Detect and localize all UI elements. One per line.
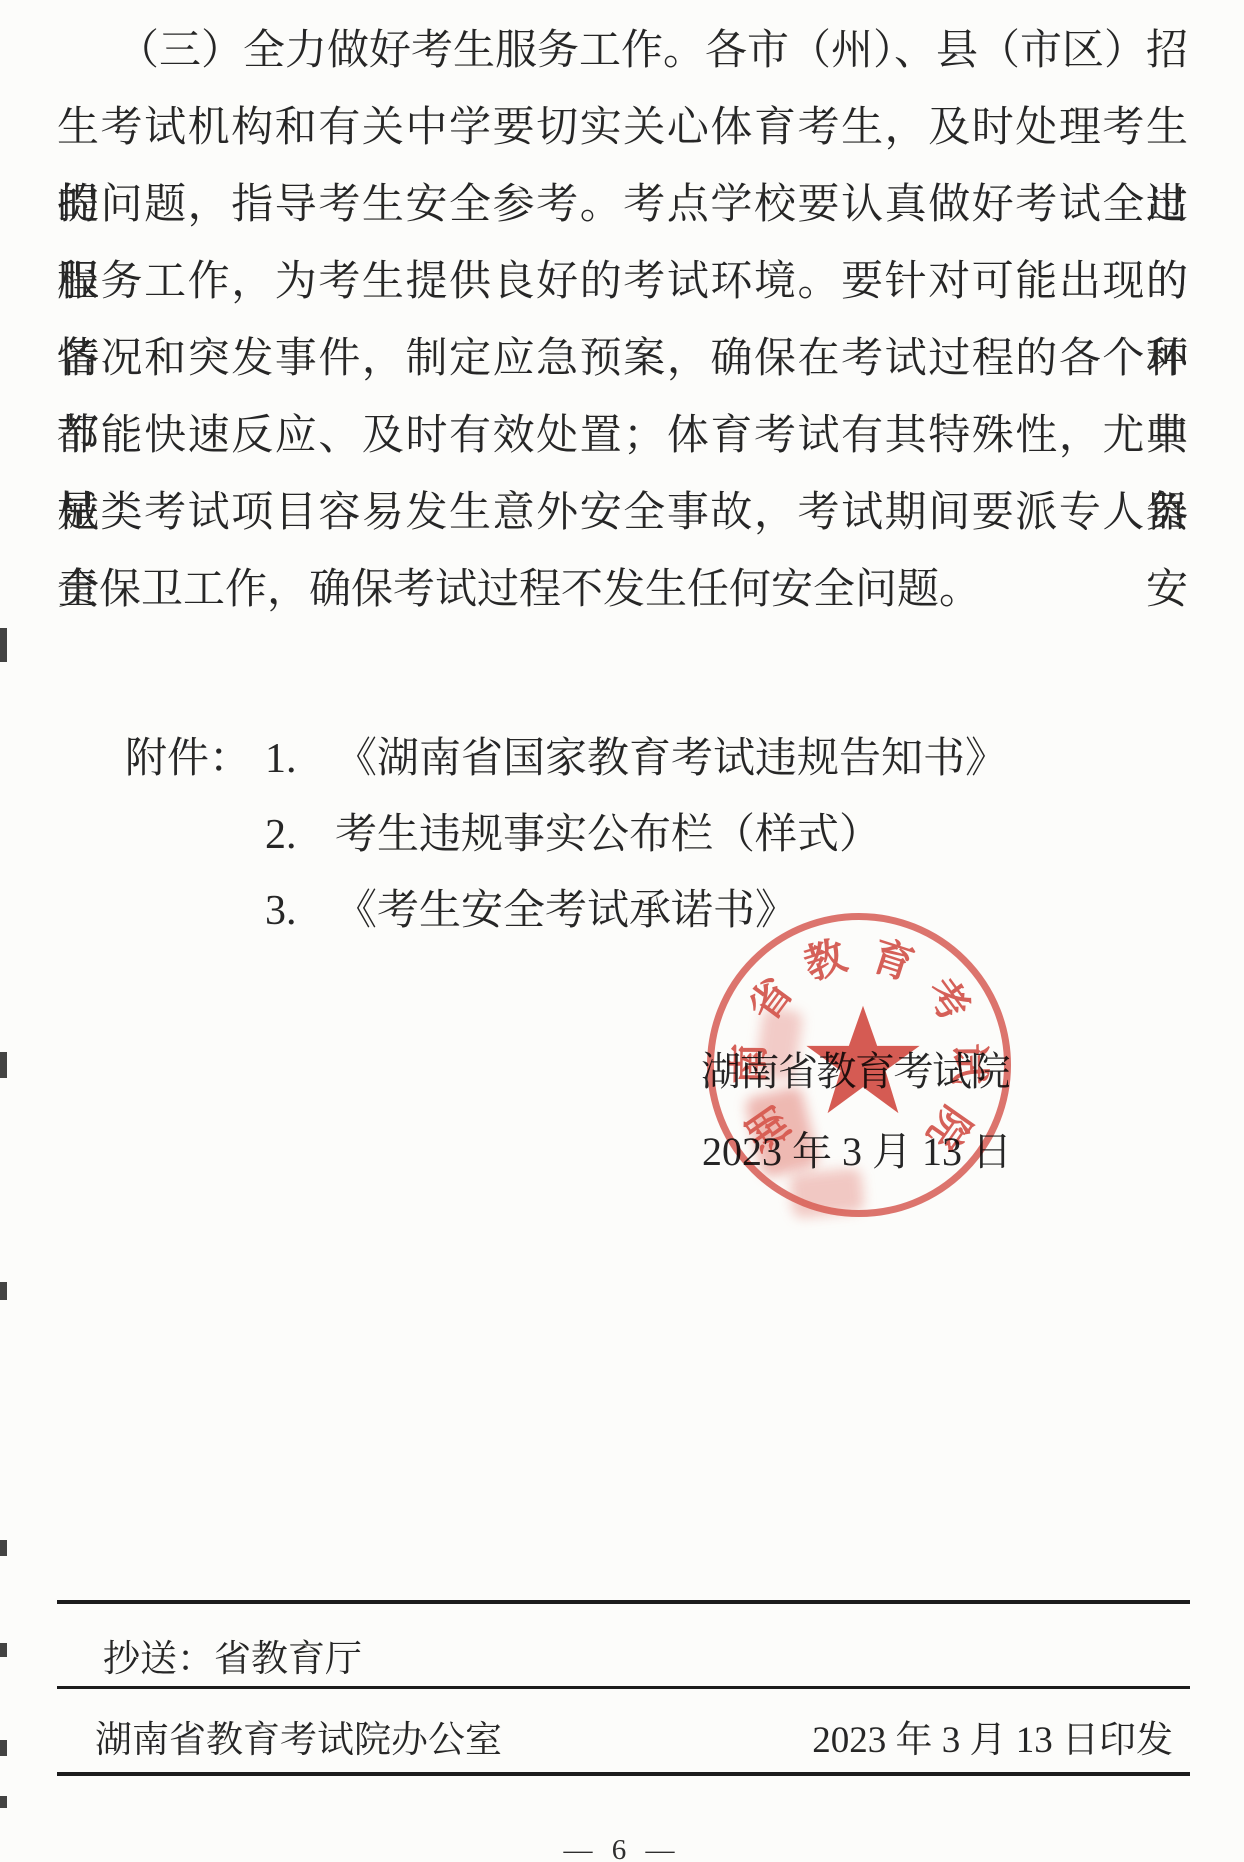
attachment-item: 附件： 1. 《湖南省国家教育考试违规告知书》	[125, 731, 1007, 787]
paragraph-line: 械类考试项目容易发生意外安全事故，考试期间要派专人负责安	[57, 475, 1188, 552]
paragraph-line: （三）全力做好考生服务工作。各市（州）、县（市区）招	[57, 13, 1188, 90]
attachment-item: 2. 考生违规事实公布栏（样式）	[125, 807, 1007, 863]
footer-rule-top	[57, 1600, 1190, 1604]
scan-artifact	[0, 1540, 7, 1556]
scan-artifact	[0, 1796, 7, 1808]
scan-artifact	[0, 1282, 7, 1300]
scanned-document-page: { "body": { "lines": [ "（三）全力做好考生服务工作。各市…	[0, 0, 1244, 1862]
attachments-label-spacer	[125, 883, 265, 939]
issuing-office: 湖南省教育考试院办公室	[95, 1709, 502, 1763]
attachment-title: 《湖南省国家教育考试违规告知书》	[335, 731, 1007, 787]
attachment-number: 1.	[265, 731, 335, 787]
paragraph-line: 生考试机构和有关中学要切实关心体育考生，及时处理考生提出	[57, 90, 1188, 167]
attachments-label: 附件：	[125, 731, 265, 787]
attachment-number: 2.	[265, 807, 335, 863]
attachment-title: 考生违规事实公布栏（样式）	[335, 807, 881, 863]
footer-rule-bottom	[57, 1772, 1190, 1776]
seal-smudge	[789, 1167, 865, 1218]
cc-line: 抄送：省教育厅	[103, 1628, 362, 1682]
footer-office-row: 湖南省教育考试院办公室 2023 年 3 月 13 日印发	[95, 1709, 1173, 1763]
print-date: 2023 年 3 月 13 日印发	[812, 1709, 1173, 1763]
main-paragraph: （三）全力做好考生服务工作。各市（州）、县（市区）招 生考试机构和有关中学要切实…	[57, 13, 1188, 629]
official-seal: 湖 南 省 教 育 考 试 院	[707, 913, 1011, 1217]
seal-char: 试	[946, 1040, 993, 1087]
scan-artifact	[0, 1052, 7, 1078]
scan-artifact	[0, 1740, 7, 1756]
footer-rule-middle	[57, 1686, 1190, 1689]
star-icon	[804, 1003, 922, 1117]
attachment-number: 3.	[265, 883, 335, 939]
paragraph-line: 都能快速反应、及时有效处置；体育考试有其特殊性，尤其是器	[57, 398, 1188, 475]
paragraph-line: 情况和突发事件，制定应急预案，确保在考试过程的各个环节中	[57, 321, 1188, 398]
paragraph-line: 服务工作，为考生提供良好的考试环境。要针对可能出现的各种	[57, 244, 1188, 321]
paragraph-line: 的问题，指导考生安全参考。考点学校要认真做好考试全过程的	[57, 167, 1188, 244]
scan-artifact	[0, 628, 7, 662]
scan-artifact	[0, 1643, 7, 1657]
attachments-label-spacer	[125, 807, 265, 863]
page-number: — 6 —	[0, 1834, 1244, 1862]
